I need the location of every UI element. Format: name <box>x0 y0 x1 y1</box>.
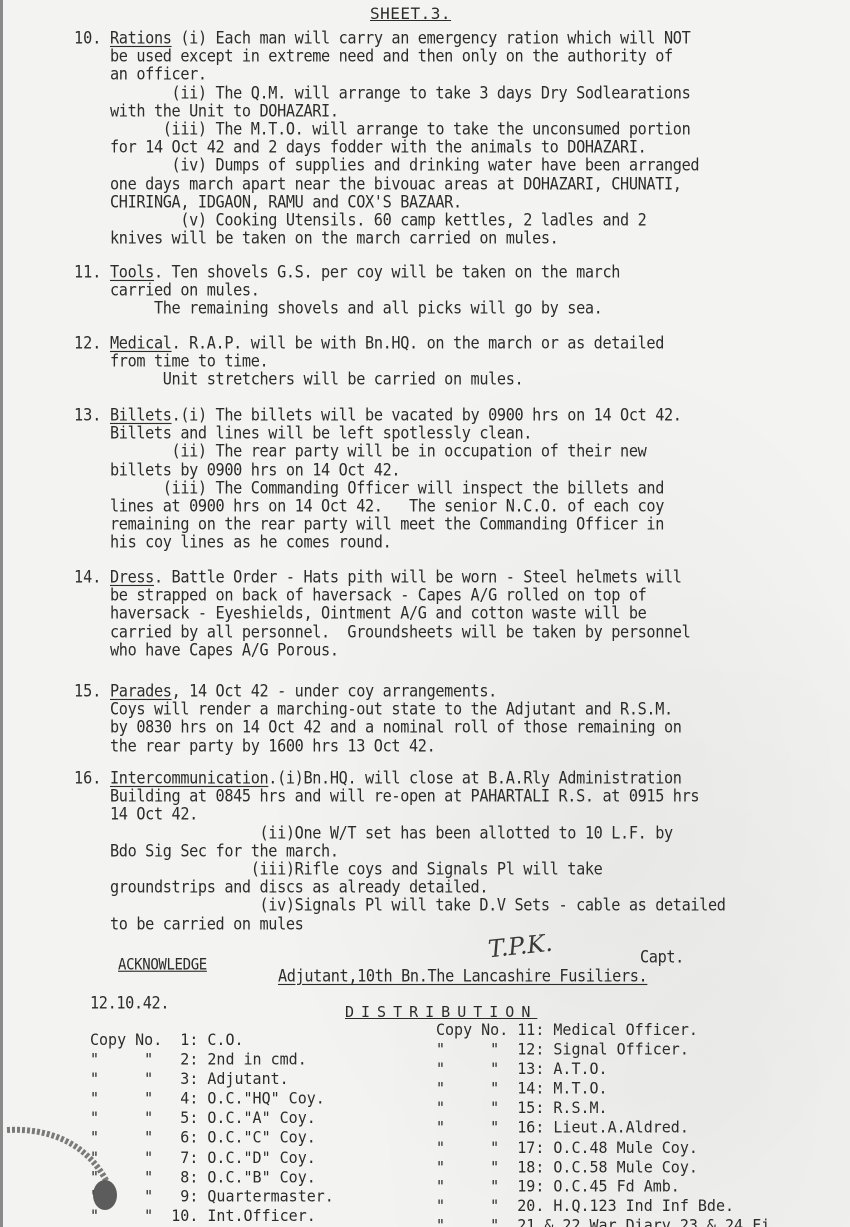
distribution-row: " " 7: O.C."D" Coy. <box>90 1147 334 1167</box>
distribution-row: " " 17: O.C.48 Mule Coy. <box>436 1137 779 1157</box>
sheet-title: SHEET.3. <box>370 4 451 23</box>
distribution-row: " " 14: M.T.O. <box>436 1079 779 1099</box>
paragraph-line: (iii) The Commanding Officer will inspec… <box>110 478 664 498</box>
distribution-row: " " 9: Quartermaster. <box>90 1186 334 1206</box>
distribution-row: " " 13: A.T.O. <box>436 1059 779 1079</box>
distribution-title: DISTRIBUTION <box>345 1003 537 1021</box>
paragraph-line: to be carried on mules <box>110 914 303 934</box>
paragraph-line: knives will be taken on the march carrie… <box>110 228 558 248</box>
distribution-row: Copy No. 1: C.O. <box>90 1030 334 1050</box>
paragraph-line: one days march apart near the bivouac ar… <box>110 174 682 194</box>
paragraph-line: who have Capes A/G Porous. <box>110 640 339 660</box>
paragraph-line: an officer. <box>110 64 207 84</box>
paragraph-number: 16. <box>74 768 101 788</box>
signatory-appointment: Adjutant,10th Bn.The Lancashire Fusilier… <box>278 966 647 986</box>
paragraph-line: (iv) Dumps of supplies and drinking wate… <box>110 155 699 175</box>
distribution-row: " " 6: O.C."C" Coy. <box>90 1128 334 1148</box>
paragraph-line: CHIRINGA, IDGAON, RAMU and COX'S BAZAAR. <box>110 192 462 212</box>
distribution-row: " " 10. Int.Officer. <box>90 1206 334 1226</box>
page-edge <box>0 0 3 1227</box>
paragraph-line: by 0830 hrs on 14 Oct 42 and a nominal r… <box>110 717 682 737</box>
paragraph-line: billets by 0900 hrs on 14 Oct 42. <box>110 460 400 480</box>
paragraph-line: Unit stretchers will be carried on mules… <box>110 369 523 389</box>
distribution-row: " " 12: Signal Officer. <box>436 1040 779 1060</box>
distribution-row: " " 5: O.C."A" Coy. <box>90 1108 334 1128</box>
paragraph-number: 12. <box>74 333 101 353</box>
paragraph-line: his coy lines as he comes round. <box>110 532 391 552</box>
distribution-row: " " 19: O.C.45 Fd Amb. <box>436 1176 779 1196</box>
distribution-row: " " 8: O.C."B" Coy. <box>90 1167 334 1187</box>
distribution-row: " " 15: R.S.M. <box>436 1098 779 1118</box>
distribution-list-right: Copy No. 11: Medical Officer." " 12: Sig… <box>436 1020 779 1227</box>
paragraph-line: 14 Oct 42. <box>110 804 198 824</box>
distribution-row: " " 4: O.C."HQ" Coy. <box>90 1089 334 1109</box>
paragraph-number: 14. <box>74 567 101 587</box>
paragraph-line: with the Unit to DOHAZARI. <box>110 101 339 121</box>
distribution-row: " " 21 & 22 War Diary.23 & 24 Fi. <box>436 1215 779 1227</box>
distribution-row: Copy No. 11: Medical Officer. <box>436 1020 779 1040</box>
paragraph-line: (ii)One W/T set has been allotted to 10 … <box>110 823 673 843</box>
paragraph-number: 11. <box>74 262 101 282</box>
paragraph-line: Building at 0845 hrs and will re-open at… <box>110 786 699 806</box>
paragraph-line: (ii) The rear party will be in occupatio… <box>110 441 646 461</box>
acknowledge-label: ACKNOWLEDGE <box>118 955 207 975</box>
signatory-rank: Capt. <box>640 947 684 967</box>
distribution-row: " " 20. H.Q.123 Ind Inf Bde. <box>436 1196 779 1216</box>
distribution-list-left: Copy No. 1: C.O." " 2: 2nd in cmd." " 3:… <box>90 1030 334 1225</box>
paragraph-line: The remaining shovels and all picks will… <box>110 298 602 318</box>
distribution-row: " " 16: Lieut.A.Aldred. <box>436 1118 779 1138</box>
document-page: SHEET.3. 10.Rations (i) Each man will ca… <box>0 0 850 1227</box>
paragraph-number: 10. <box>74 28 101 48</box>
paragraph-line: (iv)Signals Pl will take D.V Sets - cabl… <box>110 895 726 915</box>
signature: T.P.K. <box>487 929 554 964</box>
document-date: 12.10.42. <box>90 993 169 1013</box>
paragraph-number: 15. <box>74 681 101 701</box>
paragraph-line: Bdo Sig Sec for the march. <box>110 841 339 861</box>
distribution-row: " " 2: 2nd in cmd. <box>90 1050 334 1070</box>
distribution-row: " " 3: Adjutant. <box>90 1069 334 1089</box>
paragraph-line: carried by all personnel. Groundsheets w… <box>110 622 690 642</box>
paragraph-number: 13. <box>74 405 101 425</box>
distribution-row: " " 18: O.C.58 Mule Coy. <box>436 1157 779 1177</box>
paragraph-line: haversack - Eyeshields, Ointment A/G and… <box>110 603 646 623</box>
paragraph-line: (ii) The Q.M. will arrange to take 3 day… <box>110 83 690 103</box>
treasury-tag-cord <box>5 1120 125 1220</box>
paragraph-line: the rear party by 1600 hrs 13 Oct 42. <box>110 736 435 756</box>
